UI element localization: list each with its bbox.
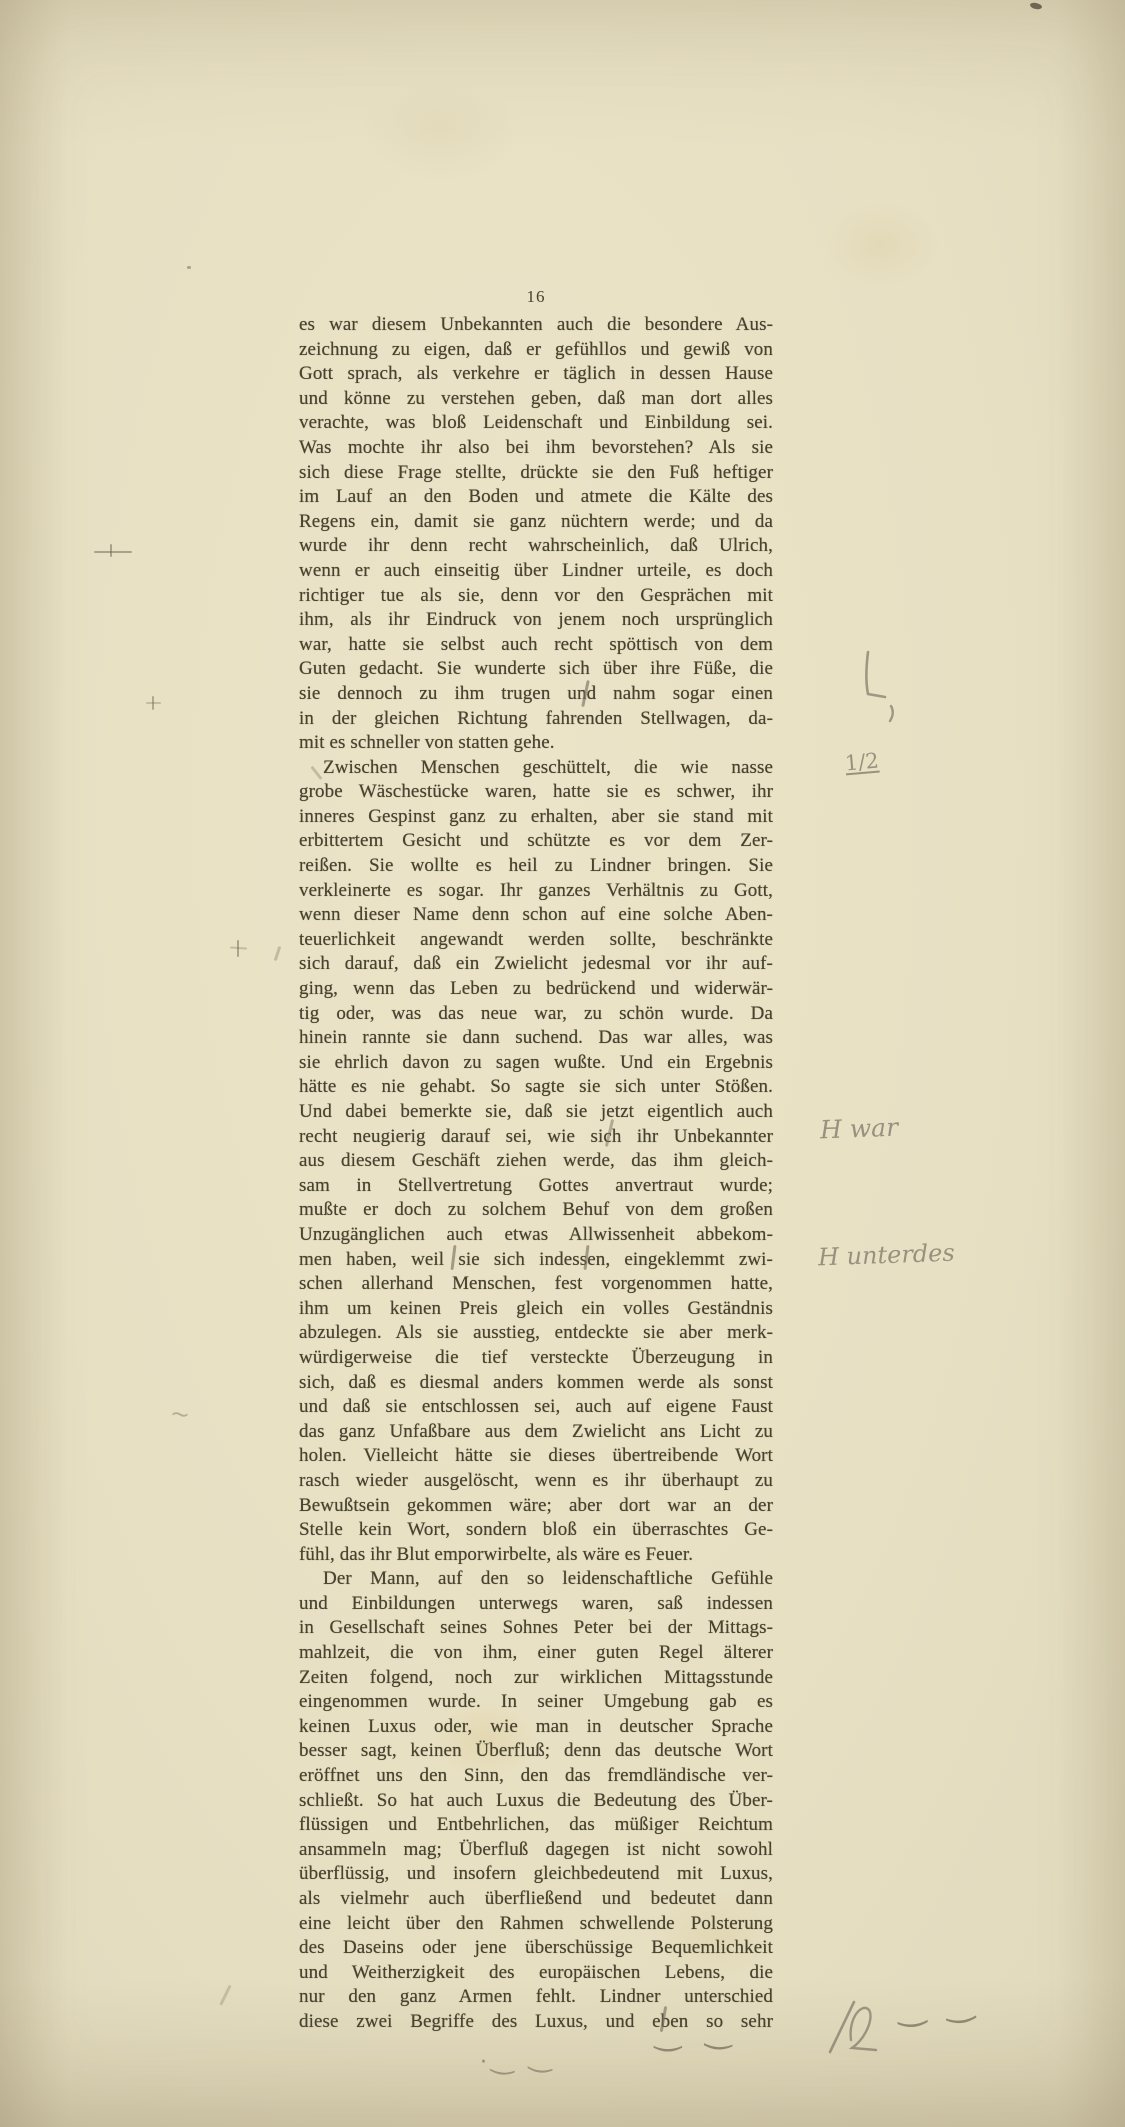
text-line: hätte es nie gehabt. So sagte sie sich u…	[299, 1075, 773, 1100]
paper-speck	[187, 266, 191, 269]
pencil-tilde-mark: ∼	[168, 1399, 192, 1430]
pencil-dash-mark	[94, 551, 132, 553]
text-line: abzulegen. Als sie ausstieg, entdeckte s…	[299, 1321, 773, 1346]
text-line: und Weitherzigkeit des europäischen Lebe…	[299, 1961, 773, 1986]
text-line: und Einbildungen unterwegs waren, saß in…	[299, 1592, 773, 1617]
pencil-tie-under-eben-so: ‿	[655, 2014, 681, 2052]
pencil-tie-mark: ‿	[491, 2041, 516, 2076]
text-line: holen. Vielleicht hätte sie dieses übert…	[299, 1444, 773, 1469]
text-line: schließt. So hat auch Luxus die Bedeutun…	[299, 1789, 773, 1814]
text-line: Gott sprach, als verkehre er täglich in …	[299, 362, 773, 387]
margin-note-correction-war: H war	[820, 1113, 899, 1145]
text-line: mußte er doch zu solchem Behuf von dem g…	[299, 1198, 773, 1223]
text-line: eröffnet uns den Sinn, den das fremdländ…	[299, 1764, 773, 1789]
pencil-dot: ·	[480, 2050, 487, 2075]
text-line: sich darauf, daß ein Zwielicht jedesmal …	[299, 952, 773, 977]
text-line: in Gesellschaft seines Sohnes Peter bei …	[299, 1616, 773, 1641]
manuscript-page: 16 es war diesem Unbekannten auch die be…	[0, 0, 1125, 2127]
text-line: Stelle kein Wort, sondern bloß ein überr…	[299, 1518, 773, 1543]
pencil-diagonal-mark	[219, 1985, 231, 2006]
text-line: wurde ihr denn recht wahrscheinlich, daß…	[299, 534, 773, 559]
ink-speck	[1030, 2, 1043, 10]
pencil-scribble-mark	[824, 1994, 904, 2064]
text-line: reißen. Sie wollte es heil zu Lindner br…	[299, 854, 773, 879]
text-line: war, hatte sie selbst auch recht spöttis…	[299, 633, 773, 658]
text-line: sich, daß es diesmal anders kommen werde…	[299, 1371, 773, 1396]
text-line: diese zwei Begriffe des Luxus, und eben …	[299, 2010, 773, 2035]
pencil-cross-mark	[152, 696, 154, 710]
pencil-tie-mark: ‿	[528, 2039, 554, 2074]
text-line: keinen Luxus oder, wie man in deutscher …	[299, 1715, 773, 1740]
pencil-tie-mark: ‿	[897, 1987, 927, 2029]
text-line: mit es schneller von statten gehe.	[299, 731, 773, 756]
margin-note-correction-unterdes: H unterdes	[818, 1239, 956, 1272]
text-line: eingenommen wurde. In seiner Umgebung ga…	[299, 1690, 773, 1715]
text-line: teuerlichkeit angewandt werden sollte, b…	[299, 928, 773, 953]
text-line: flüssigen und Entbehrlichen, das müßiger…	[299, 1813, 773, 1838]
text-line: Guten gedacht. Sie wunderte sich über ih…	[299, 657, 773, 682]
text-line: und daß sie entschlossen sei, auch auf e…	[299, 1395, 773, 1420]
text-line: im Lauf an den Boden und atmete die Kält…	[299, 485, 773, 510]
text-line: rasch wieder ausgelöscht, wenn es ihr üb…	[299, 1469, 773, 1494]
pencil-tie-under-so-sehr: ‿	[705, 2011, 733, 2050]
text-line: ihm, als ihr Eindruck von jenem noch urs…	[299, 608, 773, 633]
text-line: grobe Wäschestücke waren, hatte sie es s…	[299, 780, 773, 805]
text-line: Und dabei bemerkte sie, daß sie jetzt ei…	[299, 1100, 773, 1125]
text-line: verkleinerte es sogar. Ihr ganzes Verhäl…	[299, 879, 773, 904]
page-number: 16	[299, 287, 773, 307]
text-block: es war diesem Unbekannten auch die beson…	[299, 313, 773, 2035]
text-line: aus diesem Geschäft ziehen werde, das ih…	[299, 1149, 773, 1174]
text-line: inneres Gespinst ganz zu erhalten, aber …	[299, 805, 773, 830]
text-line: richtiger tue als sie, denn vor den Gesp…	[299, 584, 773, 609]
text-line: es war diesem Unbekannten auch die beson…	[299, 313, 773, 338]
text-line: fühl, das ihr Blut emporwirbelte, als wä…	[299, 1543, 773, 1568]
text-line: recht neugierig darauf sei, wie sich ihr…	[299, 1125, 773, 1150]
text-line: Zwischen Menschen geschüttelt, die wie n…	[299, 756, 773, 781]
text-line: ihm um keinen Preis gleich ein volles Ge…	[299, 1297, 773, 1322]
text-line: in der gleichen Richtung fahrenden Stell…	[299, 707, 773, 732]
text-line: eine leicht über den Rahmen schwellende …	[299, 1912, 773, 1937]
text-line: schen allerhand Menschen, fest vorgenomm…	[299, 1272, 773, 1297]
text-line: Unzugänglichen auch etwas Allwissenheit …	[299, 1223, 773, 1248]
text-line: wenn dieser Name denn schon auf eine sol…	[299, 903, 773, 928]
text-line: tig oder, was das neue war, zu schön wur…	[299, 1002, 773, 1027]
text-line: sich diese Frage stellte, drückte sie de…	[299, 461, 773, 486]
text-line: verachte, was bloß Leidenschaft und Einb…	[299, 411, 773, 436]
text-line: mahlzeit, die von ihm, einer guten Regel…	[299, 1641, 773, 1666]
text-line: hinein rannte sie dann suchend. Das war …	[299, 1026, 773, 1051]
margin-note-fraction: 1/2	[844, 749, 880, 776]
text-line: des Daseins oder jene überschüssige Bequ…	[299, 1936, 773, 1961]
text-line: sam in Stellvertretung Gottes anvertraut…	[299, 1174, 773, 1199]
text-line: Zeiten folgend, noch zur wirklichen Mitt…	[299, 1666, 773, 1691]
text-line: Der Mann, auf den so leidenschaftliche G…	[299, 1567, 773, 1592]
text-line: würdigerweise die tief versteckte Überze…	[299, 1346, 773, 1371]
text-line: das ganz Unfaßbare aus dem Zwielicht ans…	[299, 1420, 773, 1445]
text-line: besser sagt, keinen Überfluß; denn das d…	[299, 1739, 773, 1764]
deleatur-insert-comma-mark	[856, 648, 902, 728]
pencil-flick-mark	[274, 946, 281, 961]
paper-stain	[360, 80, 520, 180]
text-line: sie dennoch zu ihm trugen und nahm sogar…	[299, 682, 773, 707]
text-line: Was mochte ihr also bei ihm bevorstehen?…	[299, 436, 773, 461]
text-line: sie ehrlich davon zu sagen wußte. Und ei…	[299, 1051, 773, 1076]
text-line: men haben, weil sie sich indessen, einge…	[299, 1248, 773, 1273]
text-line: als vielmehr auch überfließend und bedeu…	[299, 1887, 773, 1912]
text-line: Regens ein, damit sie ganz nüchtern werd…	[299, 510, 773, 535]
text-line: Bewußtsein gekommen wäre; aber dort war …	[299, 1494, 773, 1519]
text-line: ging, wenn das Leben zu bedrückend und w…	[299, 977, 773, 1002]
text-line: überflüssig, und insofern gleichbedeuten…	[299, 1862, 773, 1887]
text-line: und könne zu verstehen geben, daß man do…	[299, 387, 773, 412]
text-line: erbittertem Gesicht und schützte es vor …	[299, 829, 773, 854]
text-line: ansammeln mag; Überfluß dagegen ist nich…	[299, 1838, 773, 1863]
text-line: nur den ganz Armen fehlt. Lindner unters…	[299, 1985, 773, 2010]
pencil-tie-mark: ‿	[944, 1983, 975, 2026]
text-line: zeichnung zu eigen, daß er gefühllos und…	[299, 338, 773, 363]
paper-stain	[820, 200, 940, 290]
text-line: wenn er auch einseitig über Lindner urte…	[299, 559, 773, 584]
